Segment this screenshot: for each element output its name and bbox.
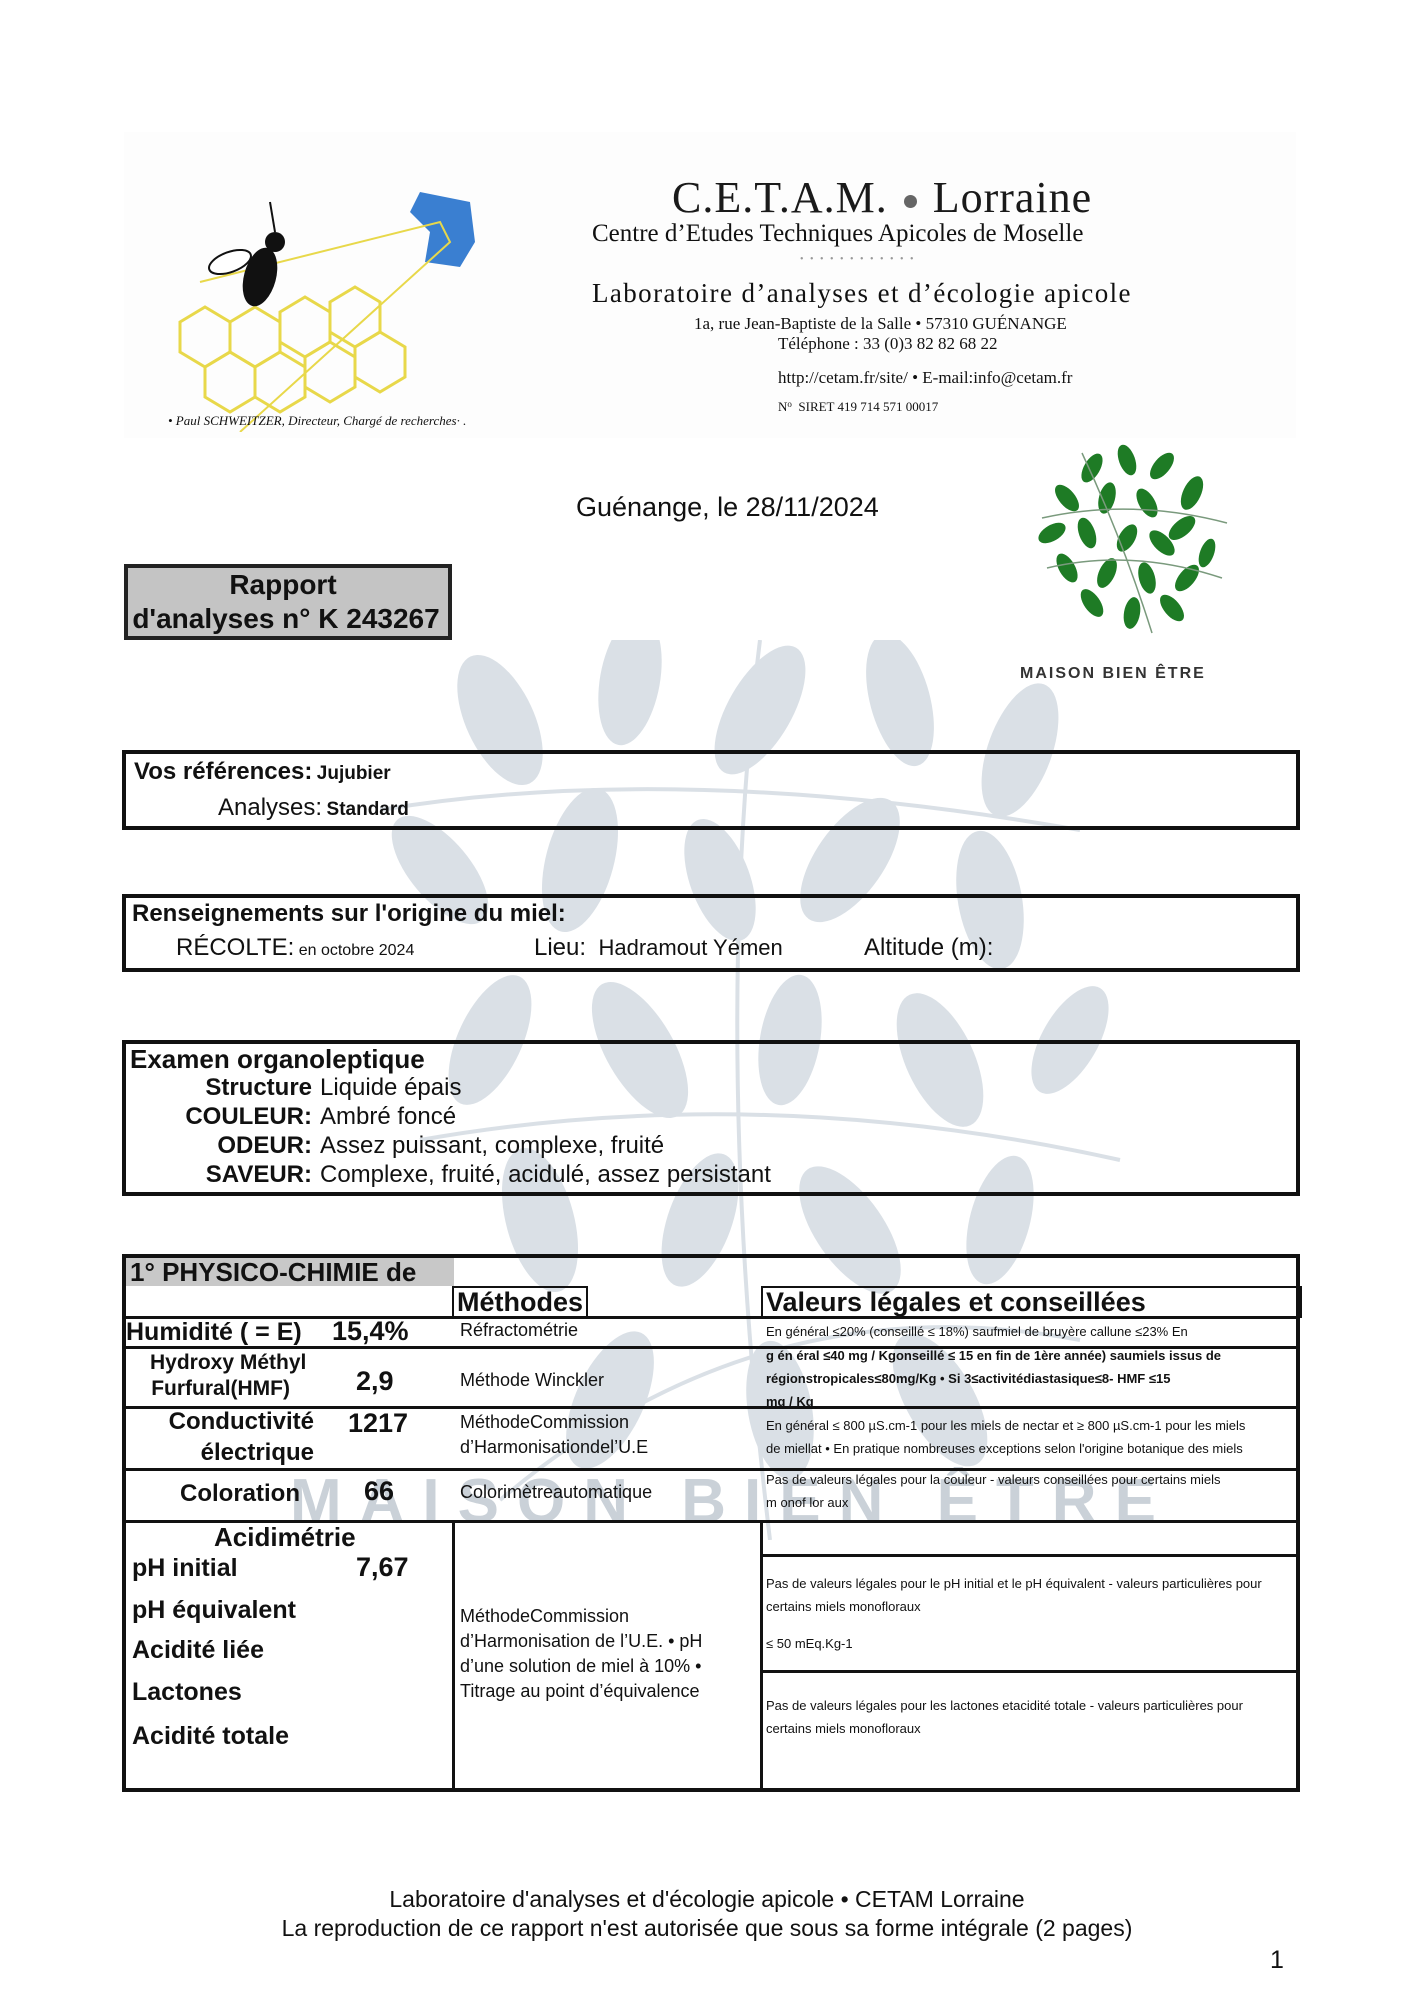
harvest-value: en octobre 2024 (299, 942, 415, 959)
lactones-legal: Pas de valeurs légales pour les lactones… (766, 1694, 1243, 1740)
lab-web-email[interactable]: http://cetam.fr/site/ • E-mail:info@ceta… (778, 368, 1072, 388)
organoleptic-title: Examen organoleptique (130, 1044, 425, 1075)
acidimetry-method: MéthodeCommission d’Harmonisation de l’U… (460, 1604, 702, 1704)
analyses-label: Analyses: (218, 794, 322, 821)
physico-title: 1° PHYSICO-CHIMIE de (126, 1258, 454, 1286)
origin-title: Renseignements sur l'origine du miel: (132, 900, 566, 928)
place-label: Lieu: (534, 934, 586, 961)
coloration-label: Coloration (180, 1480, 300, 1508)
report-label: Rapport (118, 568, 448, 602)
methods-header: Méthodes (452, 1286, 588, 1318)
conductivity-method: MéthodeCommissiond’Harmonisationdel’U.E (460, 1410, 648, 1460)
organoleptic-row: SAVEUR:Complexe, fruité, acidulé, assez … (126, 1161, 771, 1189)
analyses-value: Standard (327, 799, 409, 820)
lab-subtitle: Centre d’Etudes Techniques Apicoles de M… (592, 220, 1083, 248)
report-number: d'analyses n° K 243267 (124, 602, 448, 636)
coloration-value: 66 (364, 1476, 394, 1507)
organoleptic-label: Structure (126, 1074, 312, 1102)
lab-phone: Téléphone : 33 (0)3 82 82 68 22 (778, 334, 998, 354)
lab-address: 1a, rue Jean-Baptiste de la Salle • 5731… (694, 314, 1067, 334)
report-number-box: Rapport d'analyses n° K 243267 (124, 564, 452, 640)
origin-box: Renseignements sur l'origine du miel: RÉ… (122, 894, 1300, 972)
acidimetry-label: Acidité liée (132, 1636, 264, 1665)
page-number: 1 (1270, 1946, 1284, 1975)
humidity-label: Humidité ( = E) (126, 1318, 302, 1347)
organoleptic-value: Ambré foncé (320, 1103, 456, 1130)
organoleptic-label: ODEUR: (126, 1132, 312, 1160)
footer-lab: Laboratoire d'analyses et d'écologie api… (0, 1886, 1414, 1913)
acidity-legal: ≤ 50 mEq.Kg-1 (766, 1632, 853, 1655)
legal-header: Valeurs légales et conseillées (761, 1286, 1302, 1318)
bullet-icon (904, 195, 917, 208)
lab-name: C.E.T.A.M.Lorraine (672, 172, 1092, 223)
acidimetry-label: pH équivalent (132, 1596, 296, 1625)
physico-table: 1° PHYSICO-CHIMIE de Méthodes Valeurs lé… (122, 1254, 1300, 1792)
references-box: Vos références: Jujubier Analyses: Stand… (122, 750, 1300, 830)
lab-siret: No SIRET 419 714 571 00017 (778, 399, 938, 415)
organoleptic-value: Liquide épais (320, 1074, 461, 1101)
hmf-method: Méthode Winckler (460, 1368, 604, 1393)
analyses-row: Analyses: Standard (218, 794, 409, 822)
conductivity-legal: En général ≤ 800 µS.cm-1 pour les miels … (766, 1414, 1245, 1460)
altitude-label: Altitude (m): (864, 934, 993, 962)
organoleptic-row: COULEUR:Ambré foncé (126, 1103, 456, 1131)
organoleptic-row: StructureLiquide épais (126, 1074, 461, 1102)
organoleptic-box: Examen organoleptique StructureLiquide é… (122, 1040, 1300, 1196)
humidity-value: 15,4% (332, 1316, 409, 1347)
conductivity-label: Conductivitéélectrique (130, 1406, 314, 1468)
acidimetry-label: Acidité totale (132, 1722, 289, 1751)
organoleptic-value: Complexe, fruité, acidulé, assez persist… (320, 1161, 771, 1188)
humidity-legal: En général ≤20% (conseillé ≤ 18%) saufmi… (766, 1320, 1188, 1343)
director-line: • Paul SCHWEITZER, Directeur, Chargé de … (168, 413, 466, 429)
partner-name: MAISON BIEN ÊTRE (1020, 665, 1206, 683)
divider-dots: • • • • • • • • • • • • (800, 254, 916, 265)
ph-legal: Pas de valeurs légales pour le pH initia… (766, 1572, 1262, 1618)
references-label: Vos références: (134, 758, 312, 785)
acidimetry-label: pH initial (132, 1554, 238, 1583)
organoleptic-value: Assez puissant, complexe, fruité (320, 1132, 664, 1159)
place-value: Hadramout Yémen (599, 935, 783, 960)
footer-reproduction-notice: La reproduction de ce rapport n'est auto… (0, 1915, 1414, 1942)
coloration-method: Colorimètreautomatique (460, 1480, 652, 1505)
acidimetry-value: 7,67 (356, 1552, 409, 1583)
hmf-legal: g én éral ≤40 mg / Kgonseillé ≤ 15 en fi… (766, 1344, 1221, 1413)
bee-honeycomb-logo-icon (160, 172, 480, 432)
humidity-method: Réfractométrie (460, 1318, 578, 1343)
hmf-value: 2,9 (356, 1366, 394, 1397)
harvest-row: RÉCOLTE: en octobre 2024 (176, 934, 414, 962)
acidimetry-title: Acidimétrie (214, 1522, 356, 1553)
harvest-label: RÉCOLTE: (176, 934, 294, 961)
references-value: Jujubier (317, 763, 391, 784)
organoleptic-label: COULEUR: (126, 1103, 312, 1131)
leaf-circle-logo-icon (1032, 438, 1232, 638)
lab-description: Laboratoire d’analyses et d’écologie api… (592, 278, 1132, 309)
coloration-legal: Pas de valeurs légales pour la couleur -… (766, 1468, 1221, 1514)
conductivity-value: 1217 (348, 1408, 408, 1439)
acidimetry-label: Lactones (132, 1678, 242, 1707)
hmf-label: Hydroxy MéthylFurfural(HMF) (150, 1350, 290, 1402)
report-date: Guénange, le 28/11/2024 (576, 492, 879, 523)
references-row: Vos références: Jujubier (134, 758, 391, 786)
organoleptic-label: SAVEUR: (126, 1161, 312, 1189)
place-row: Lieu: Hadramout Yémen (534, 934, 783, 962)
organoleptic-row: ODEUR:Assez puissant, complexe, fruité (126, 1132, 664, 1160)
